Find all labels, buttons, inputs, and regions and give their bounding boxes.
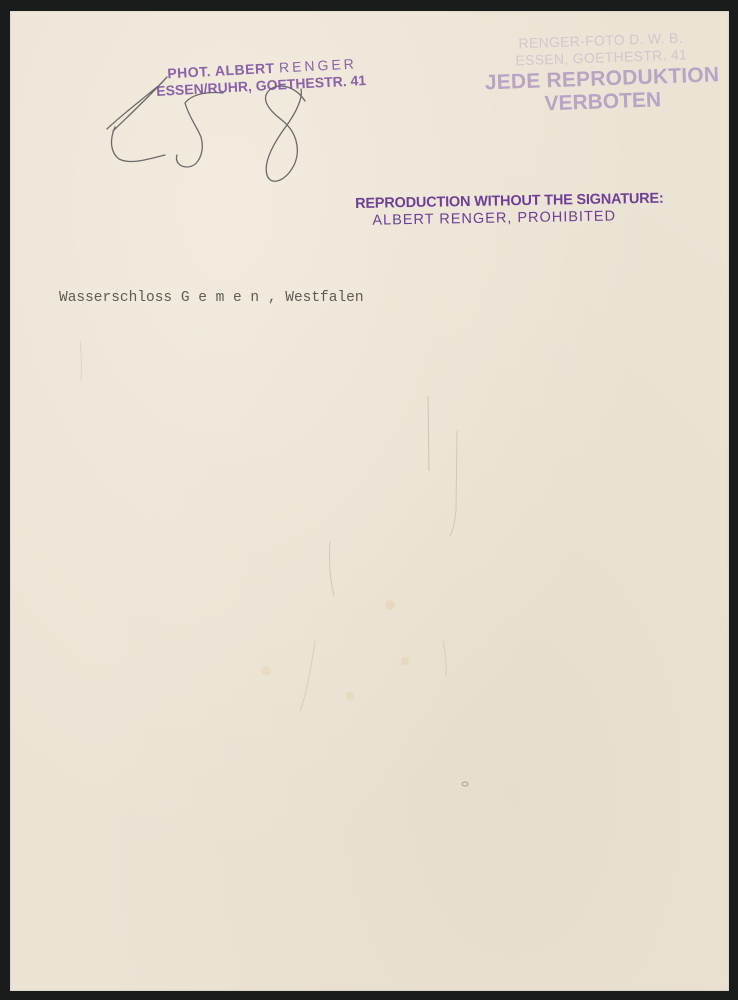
photo-back-paper: PHOT. ALBERT RENGER ESSEN/RUHR, GOETHEST… [10, 11, 729, 991]
typed-caption: Wasserschloss G e m e n , Westfalen [59, 290, 364, 306]
faint-copyright-stamp: RENGER-FOTO D. W. B. ESSEN, GOETHESTR. 4… [468, 29, 736, 117]
reproduction-prohibited-stamp: REPRODUCTION WITHOUT THE SIGNATURE: ALBE… [355, 192, 664, 228]
